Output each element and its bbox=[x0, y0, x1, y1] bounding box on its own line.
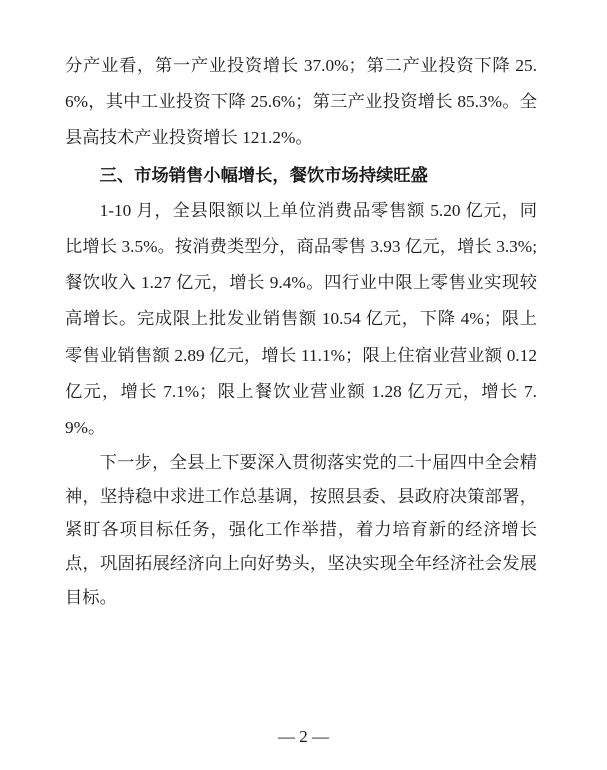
section-heading-market-sales: 三、市场销售小幅增长，餐饮市场持续旺盛 bbox=[65, 157, 537, 193]
page-number: — 2 — bbox=[0, 727, 607, 747]
paragraph-market-sales: 1-10 月，全县限额以上单位消费品零售额 5.20 亿元，同比增长 3.5%。… bbox=[65, 193, 537, 446]
document-body: 分产业看，第一产业投资增长 37.0%；第二产业投资下降 25.6%，其中工业投… bbox=[65, 48, 537, 614]
document-page: 分产业看，第一产业投资增长 37.0%；第二产业投资下降 25.6%，其中工业投… bbox=[0, 0, 607, 770]
paragraph-next-steps: 下一步，全县上下要深入贯彻落实党的二十届四中全会精神，坚持稳中求进工作总基调，按… bbox=[65, 446, 537, 614]
paragraph-industry-investment: 分产业看，第一产业投资增长 37.0%；第二产业投资下降 25.6%，其中工业投… bbox=[65, 48, 537, 157]
